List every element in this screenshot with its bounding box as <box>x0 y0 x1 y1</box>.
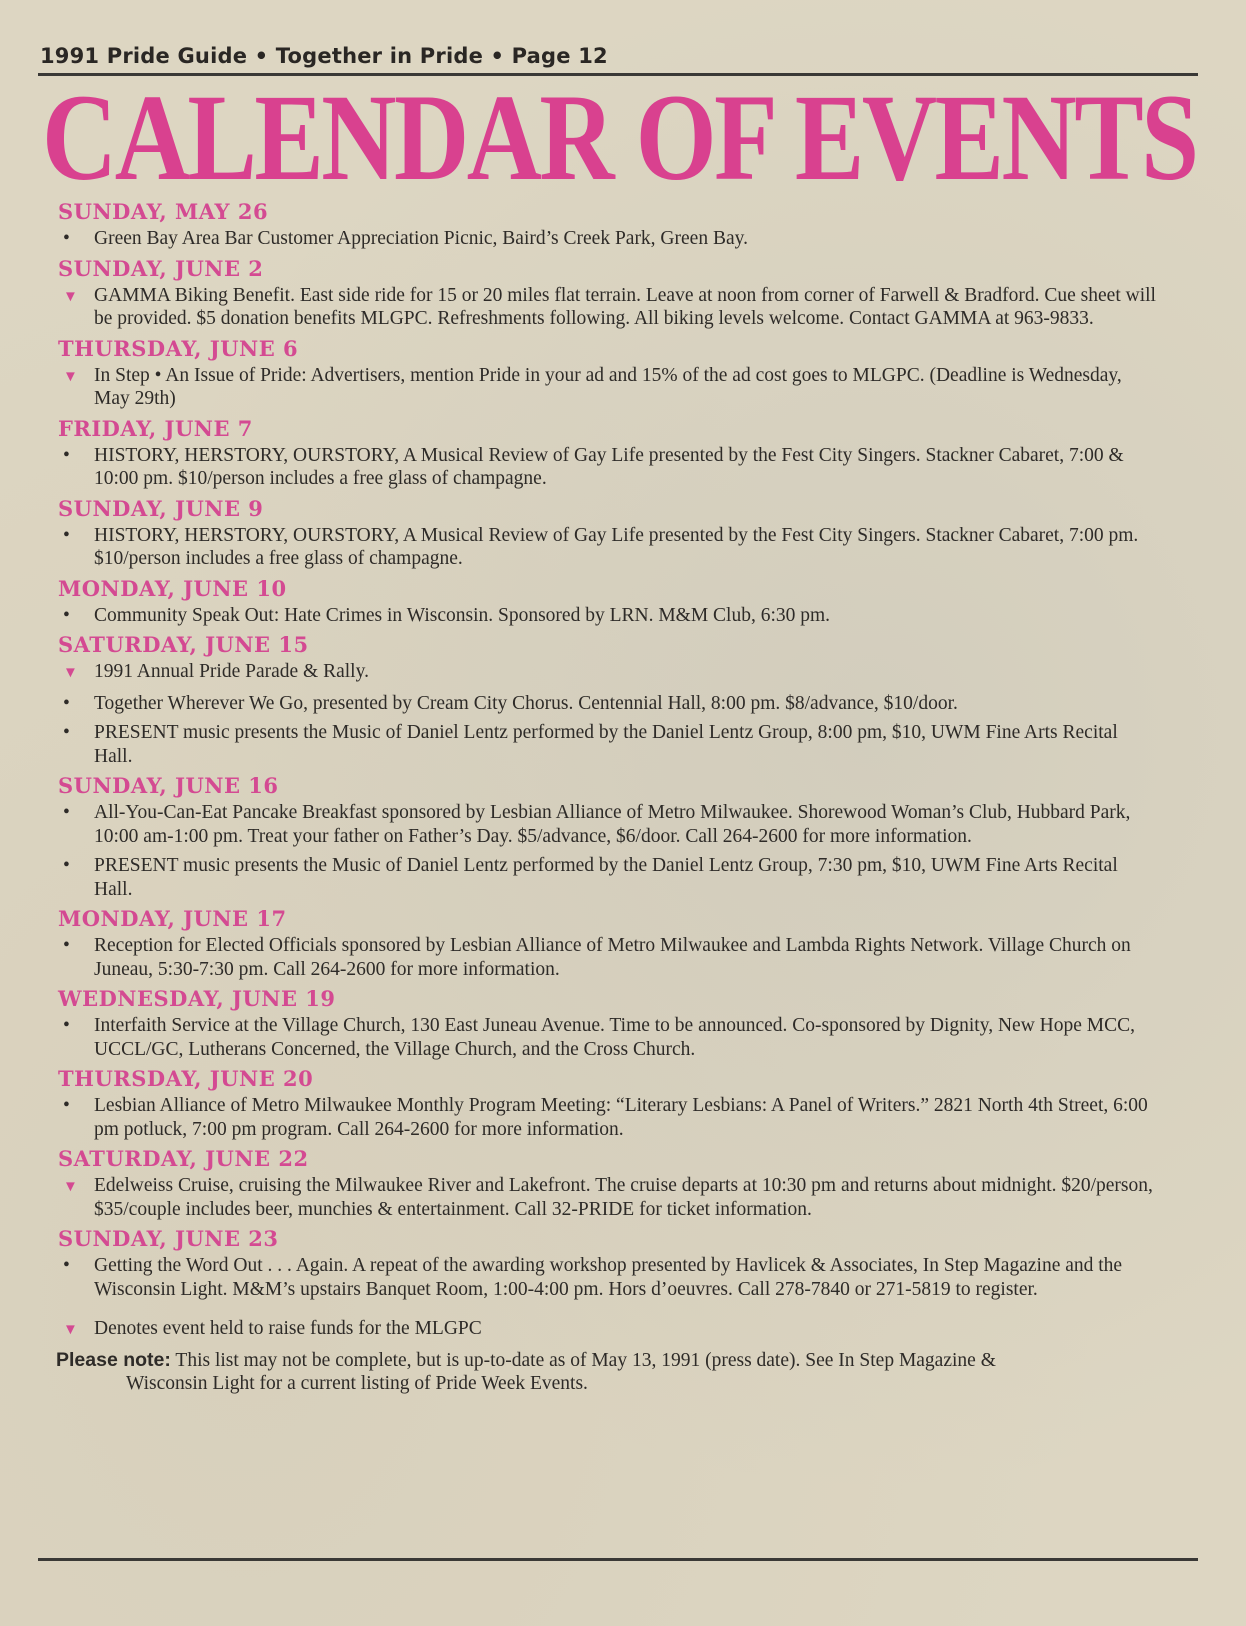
bullet-icon <box>58 1014 94 1038</box>
event-item: PRESENT music presents the Music of Dani… <box>58 721 1158 768</box>
note-label: Please note: <box>56 1349 171 1371</box>
event-item: GAMMA Biking Benefit. East side ride for… <box>58 284 1158 331</box>
page-title: CALENDAR OF EVENTS <box>42 82 1197 194</box>
bullet-icon <box>58 1254 94 1278</box>
event-text: 1991 Annual Pride Parade & Rally. <box>94 660 1158 684</box>
event-text: Edelweiss Cruise, cruising the Milwaukee… <box>94 1174 1158 1221</box>
day-section: THURSDAY, JUNE 20 Lesbian Alliance of Me… <box>58 1067 1158 1141</box>
bullet-icon <box>58 801 94 825</box>
event-item: Getting the Word Out . . . Again. A repe… <box>58 1254 1158 1301</box>
note-line-1: Please note: This list may not be comple… <box>56 1349 1158 1373</box>
event-text: Interfaith Service at the Village Church… <box>94 1014 1158 1061</box>
bullet-icon <box>58 934 94 958</box>
day-heading: THURSDAY, JUNE 20 <box>58 1067 1158 1091</box>
day-section: SATURDAY, JUNE 15 1991 Annual Pride Para… <box>58 633 1158 768</box>
day-section: SATURDAY, JUNE 22 Edelweiss Cruise, crui… <box>58 1147 1158 1221</box>
day-heading: MONDAY, JUNE 17 <box>58 907 1158 931</box>
event-text: Getting the Word Out . . . Again. A repe… <box>94 1254 1158 1301</box>
event-item: PRESENT music presents the Music of Dani… <box>58 854 1158 901</box>
day-heading: WEDNESDAY, JUNE 19 <box>58 987 1158 1011</box>
day-heading: SATURDAY, JUNE 22 <box>58 1147 1158 1171</box>
event-text: Reception for Elected Officials sponsore… <box>94 934 1158 981</box>
bullet-icon <box>58 227 94 251</box>
fundraiser-triangle-icon <box>58 364 94 390</box>
event-text: GAMMA Biking Benefit. East side ride for… <box>94 284 1158 331</box>
fundraiser-triangle-icon <box>58 1317 94 1343</box>
event-item: HISTORY, HERSTORY, OURSTORY, A Musical R… <box>58 524 1158 571</box>
fundraiser-triangle-icon <box>58 660 94 686</box>
fundraiser-triangle-icon <box>58 284 94 310</box>
day-heading: THURSDAY, JUNE 6 <box>58 337 1158 361</box>
newspaper-page: 1991 Pride Guide • Together in Pride • P… <box>0 0 1246 1626</box>
day-heading: FRIDAY, JUNE 7 <box>58 417 1158 441</box>
event-item: Reception for Elected Officials sponsore… <box>58 934 1158 981</box>
event-item: Lesbian Alliance of Metro Milwaukee Mont… <box>58 1094 1158 1141</box>
note-text: This list may not be complete, but is up… <box>175 1350 995 1371</box>
fundraiser-triangle-icon <box>58 1174 94 1200</box>
bullet-icon <box>58 721 94 745</box>
day-heading: SUNDAY, MAY 26 <box>58 200 1158 224</box>
event-text: PRESENT music presents the Music of Dani… <box>94 721 1158 768</box>
bottom-rule-divider <box>38 1558 1198 1561</box>
event-text: Together Wherever We Go, presented by Cr… <box>94 692 1158 716</box>
day-section: THURSDAY, JUNE 6 In Step • An Issue of P… <box>58 337 1158 411</box>
event-text: HISTORY, HERSTORY, OURSTORY, A Musical R… <box>94 524 1158 571</box>
event-text: Lesbian Alliance of Metro Milwaukee Mont… <box>94 1094 1158 1141</box>
event-item: HISTORY, HERSTORY, OURSTORY, A Musical R… <box>58 444 1158 491</box>
event-text: Green Bay Area Bar Customer Appreciation… <box>94 227 1158 251</box>
legend: Denotes event held to raise funds for th… <box>58 1317 1158 1343</box>
day-heading: SUNDAY, JUNE 2 <box>58 257 1158 281</box>
day-section: SUNDAY, JUNE 2 GAMMA Biking Benefit. Eas… <box>58 257 1158 331</box>
bullet-icon <box>58 692 94 716</box>
day-section: SUNDAY, MAY 26 Green Bay Area Bar Custom… <box>58 200 1158 251</box>
day-heading: SUNDAY, JUNE 9 <box>58 497 1158 521</box>
event-item: All-You-Can-Eat Pancake Breakfast sponso… <box>58 801 1158 848</box>
event-item: Interfaith Service at the Village Church… <box>58 1014 1158 1061</box>
legend-text: Denotes event held to raise funds for th… <box>94 1317 1158 1341</box>
bullet-icon <box>58 604 94 628</box>
event-item: 1991 Annual Pride Parade & Rally. <box>58 660 1158 686</box>
event-text: Community Speak Out: Hate Crimes in Wisc… <box>94 604 1158 628</box>
bullet-icon <box>58 854 94 878</box>
day-section: SUNDAY, JUNE 16 All-You-Can-Eat Pancake … <box>58 774 1158 901</box>
event-item: In Step • An Issue of Pride: Advertisers… <box>58 364 1158 411</box>
day-section: SUNDAY, JUNE 9 HISTORY, HERSTORY, OURSTO… <box>58 497 1158 571</box>
day-section: FRIDAY, JUNE 7 HISTORY, HERSTORY, OURSTO… <box>58 417 1158 491</box>
event-item: Green Bay Area Bar Customer Appreciation… <box>58 227 1158 251</box>
event-item: Community Speak Out: Hate Crimes in Wisc… <box>58 604 1158 628</box>
please-note: Please note: This list may not be comple… <box>56 1349 1158 1396</box>
day-heading: SUNDAY, JUNE 23 <box>58 1227 1158 1251</box>
event-text: HISTORY, HERSTORY, OURSTORY, A Musical R… <box>94 444 1158 491</box>
event-item: Together Wherever We Go, presented by Cr… <box>58 692 1158 716</box>
day-heading: SATURDAY, JUNE 15 <box>58 633 1158 657</box>
event-text: All-You-Can-Eat Pancake Breakfast sponso… <box>94 801 1158 848</box>
bullet-icon <box>58 1094 94 1118</box>
day-heading: SUNDAY, JUNE 16 <box>58 774 1158 798</box>
running-head: 1991 Pride Guide • Together in Pride • P… <box>40 44 608 68</box>
event-text: PRESENT music presents the Music of Dani… <box>94 854 1158 901</box>
note-line-2: Wisconsin Light for a current listing of… <box>56 1372 1158 1396</box>
day-section: MONDAY, JUNE 10 Community Speak Out: Hat… <box>58 577 1158 628</box>
day-section: MONDAY, JUNE 17 Reception for Elected Of… <box>58 907 1158 981</box>
event-item: Edelweiss Cruise, cruising the Milwaukee… <box>58 1174 1158 1221</box>
day-section: SUNDAY, JUNE 23 Getting the Word Out . .… <box>58 1227 1158 1301</box>
day-heading: MONDAY, JUNE 10 <box>58 577 1158 601</box>
calendar-list: SUNDAY, MAY 26 Green Bay Area Bar Custom… <box>58 200 1158 1396</box>
day-section: WEDNESDAY, JUNE 19 Interfaith Service at… <box>58 987 1158 1061</box>
bullet-icon <box>58 444 94 468</box>
event-text: In Step • An Issue of Pride: Advertisers… <box>94 364 1158 411</box>
bullet-icon <box>58 524 94 548</box>
